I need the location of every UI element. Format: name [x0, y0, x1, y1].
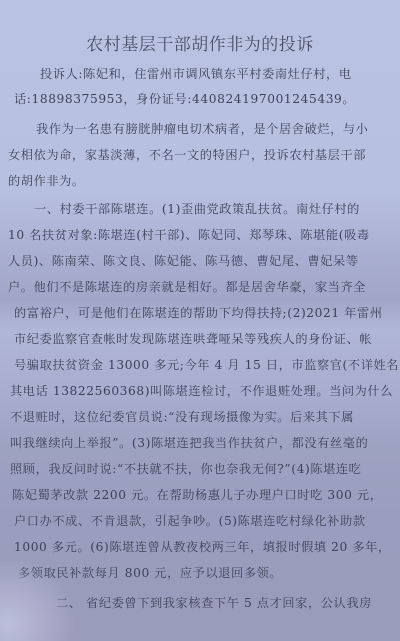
text-line: 二、 省纪委曾下到我家核查下午 5 点才回家，公认我房	[56, 594, 372, 611]
document-title: 农村基层干部胡作非为的投诉	[0, 30, 400, 55]
text-line: 10 名扶贫对象:陈堪连(村干部)、陈妃同、郑琴珠、陈堪能(吸毒	[8, 226, 370, 243]
text-line: 的胡作非为。	[8, 172, 85, 189]
text-line: 话:18898375953，身份证号:440824197001245439。	[14, 90, 355, 107]
text-line: 户。他们不是陈堪连的房亲就是相好。都是居舍华豪，家当齐全	[8, 278, 366, 295]
text-line: 陈妃蜀茅改款 2200 元。在帮助杨惠儿子办理户口时吃 300 元，	[12, 486, 383, 503]
text-line: 的富裕户，可是他们在陈堪连的帮助下均得扶持;(2)2021 年雷州	[14, 304, 383, 321]
text-line: 号骗取扶贫资金 13000 多元;今年 4 月 15 日，市监察官(不详姓名，	[14, 356, 400, 373]
text-line: 其电话 13822560368)叫陈堪连检讨，不作退赃处理。当问为什么	[10, 382, 393, 399]
text-line: 一、村委干部陈堪连。(1)歪曲党政策乱扶贫。南灶仔村的	[34, 200, 360, 217]
text-line: 人员)、陈南荣、陈文良、陈妃能、陈马德、曹妃尾、曹妃呆等	[8, 252, 359, 269]
complaint-document: 农村基层干部胡作非为的投诉 投诉人:陈妃和，住雷州市调风镇东平村委南灶仔村，电话…	[0, 0, 400, 641]
scan-artifact	[0, 561, 80, 641]
text-line: 1000 多元。(6)陈堪连曾从教夜校两三年，填报时假填 20 多年，	[14, 538, 391, 555]
text-line: 户口办不成、不肯退款，引起争吵。(5)陈堪连吃村绿化补助款	[14, 512, 366, 529]
text-line: 照顾，我反问时说:“不扶就不扶，你也奈我无何?”(4)陈堪连吃	[10, 460, 361, 477]
text-line: 女相依为命，家基淡薄，不名一文的特困户，投诉农村基层干部	[8, 146, 366, 163]
text-line: 市纪委监察官查帐时发现陈堪连哄聋哑呆等残疾人的身份证、帐	[14, 330, 372, 347]
text-line: 叫我继续向上举报”。(3)陈堪连把我当作扶贫户，都没有丝毫的	[10, 434, 368, 451]
text-line: 不退赃时，这位纪委官员说:“没有现场摄像为实。后来其下属	[10, 408, 354, 425]
text-line: 我作为一名患有膀胱肿瘤电切术病者，是个居舍破烂，与小	[36, 120, 368, 137]
text-line: 投诉人:陈妃和，住雷州市调风镇东平村委南灶仔村，电	[40, 65, 352, 82]
